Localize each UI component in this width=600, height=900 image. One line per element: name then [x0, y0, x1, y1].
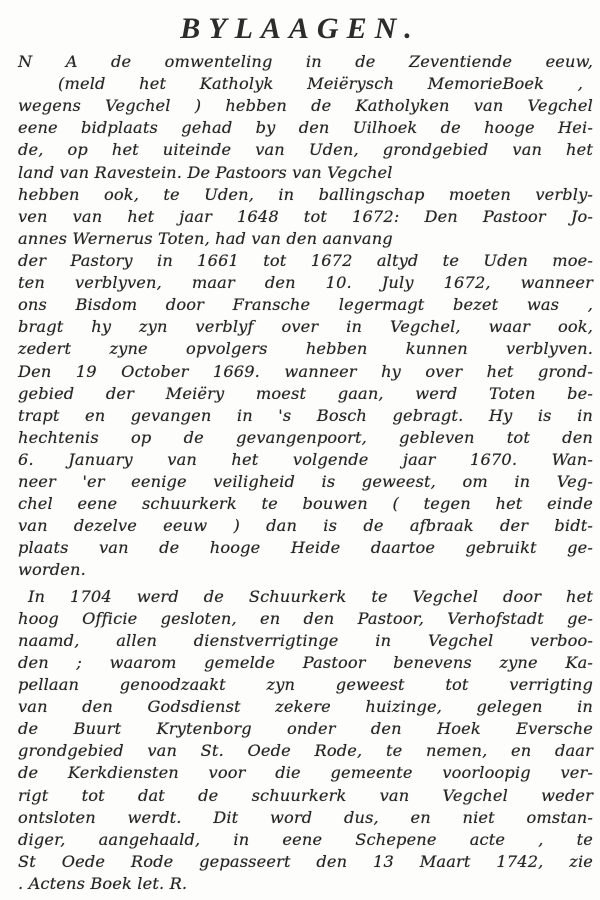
text-line: annes Wernerus Toten, had van den aanvan…	[18, 227, 593, 250]
text-line: St Oede Rode gepasseert den 13 Maart 174…	[18, 850, 593, 873]
text-line: gebied der Meiëry moest gaan, werd Toten…	[18, 382, 593, 405]
text-line: hebben ook, te Uden, in ballingschap moe…	[18, 183, 593, 206]
text-line: de, op het uiteinde van Uden, grondgebie…	[18, 138, 593, 161]
text-line: In 1704 werd de Schuurkerk te Vegchel do…	[28, 585, 593, 608]
text-line: worden.	[18, 558, 593, 581]
text-line: chel eene schuurkerk te bouwen ( tegen h…	[18, 492, 593, 515]
text-line: grondgebied van St. Oede Rode, te nemen,…	[18, 739, 593, 762]
text-line: naamd, allen dienstverrigtinge in Vegche…	[18, 629, 593, 652]
text-line: hechtenis op de gevangenpoort, gebleven …	[18, 426, 593, 449]
text-line: ten verblyven, maar den 10. July 1672, w…	[18, 271, 593, 294]
document-page: BYLAAGEN. N A de omwenteling in de Zeven…	[0, 0, 600, 900]
text-line: ontsloten werdt. Dit word dus, en niet o…	[18, 806, 593, 829]
page-title: BYLAAGEN.	[0, 12, 600, 46]
text-line: eene bidplaats gehad by den Uilhoek de h…	[18, 116, 593, 139]
text-line: hoog Officie gesloten, en den Pastoor, V…	[18, 607, 593, 630]
text-line: zedert zyne opvolgers hebben kunnen verb…	[18, 337, 593, 360]
text-line: (meld het Katholyk Meiërysch MemorieBoek…	[58, 72, 583, 95]
text-line: Den 19 October 1669. wanneer hy over het…	[18, 360, 593, 383]
text-line: 6. January van het volgende jaar 1670. W…	[18, 448, 593, 471]
text-line: der Pastory in 1661 tot 1672 altyd te Ud…	[18, 249, 593, 272]
text-line: de Kerkdiensten voor die gemeente voorlo…	[18, 761, 593, 784]
text-line: rigt tot dat de schuurkerk van Vegchel w…	[18, 784, 593, 807]
text-line: ons Bisdom door Fransche legermagt bezet…	[18, 293, 593, 316]
text-line: pellaan genoodzaakt zyn geweest tot verr…	[18, 673, 593, 696]
text-line: land van Ravestein. De Pastoors van Vegc…	[18, 161, 593, 184]
text-line: neer 'er eenige veiligheid is geweest, o…	[18, 470, 593, 493]
text-line: N A de omwenteling in de Zeventiende eeu…	[18, 50, 593, 73]
text-line: ven van het jaar 1648 tot 1672: Den Past…	[18, 205, 593, 228]
text-line: diger, aangehaald, in eene Schepene acte…	[18, 828, 593, 851]
text-line: trapt en gevangen in 's Bosch gebragt. H…	[18, 404, 593, 427]
text-line: van dezelve eeuw ) dan is de afbraak der…	[18, 514, 593, 537]
text-line: wegens Vegchel ) hebben de Katholyken va…	[18, 94, 593, 117]
text-line: bragt hy zyn verblyf over in Vegchel, wa…	[18, 315, 593, 338]
text-line: . Actens Boek let. R.	[18, 872, 593, 895]
text-line: van den Godsdienst zekere huizinge, gele…	[18, 695, 593, 718]
text-line: plaats van de hooge Heide daartoe gebrui…	[18, 536, 593, 559]
text-line: den ; waarom gemelde Pastoor benevens zy…	[18, 651, 593, 674]
text-line: de Buurt Krytenborg onder den Hoek Evers…	[18, 717, 593, 740]
